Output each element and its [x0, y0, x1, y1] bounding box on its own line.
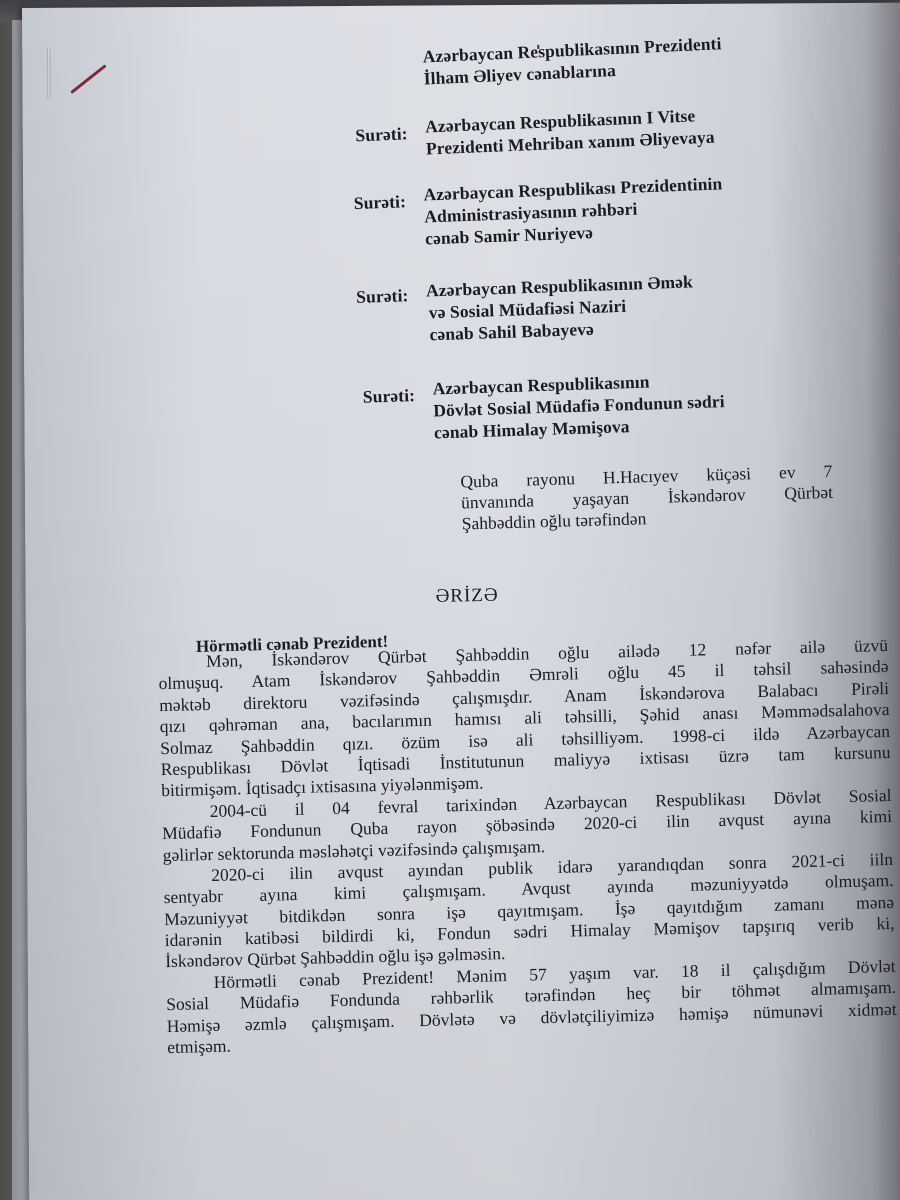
photo-scene: Azərbaycan Respublikasının Prezidenti İl…: [0, 0, 900, 1200]
addressee-president: Azərbaycan Respublikasının Prezidenti İl…: [422, 32, 723, 89]
staple-icon: [47, 48, 50, 100]
addressee-administration-head: Surəti: Azərbaycan Respublikası Preziden…: [423, 172, 724, 249]
copy-label: Surəti:: [362, 384, 415, 408]
addressee-fund-chairman: Surəti: Azərbaycan Respublikasının Dövlə…: [432, 368, 725, 443]
addressee-vice-president: Surəti: Azərbaycan Respublikasının I Vit…: [425, 104, 715, 160]
document-body: Mən, İskəndərov Qürbət Şahbəddin oğlu ai…: [158, 635, 897, 1059]
addressee-labor-minister: Surəti: Azərbaycan Respublikasının Əmək …: [426, 270, 695, 345]
copy-label: Surəti:: [353, 190, 406, 214]
document-page: Azərbaycan Respublikasının Prezidenti İl…: [22, 3, 900, 1200]
copy-label: Surəti:: [356, 284, 409, 308]
pen-mark-icon: [70, 64, 106, 94]
sender-block: Quba rayonu H.Hacıyev küçəsi ev 7 ünvanı…: [460, 461, 834, 535]
copy-label: Surəti:: [355, 122, 408, 146]
document-title: ƏRİZƏ: [435, 585, 498, 608]
